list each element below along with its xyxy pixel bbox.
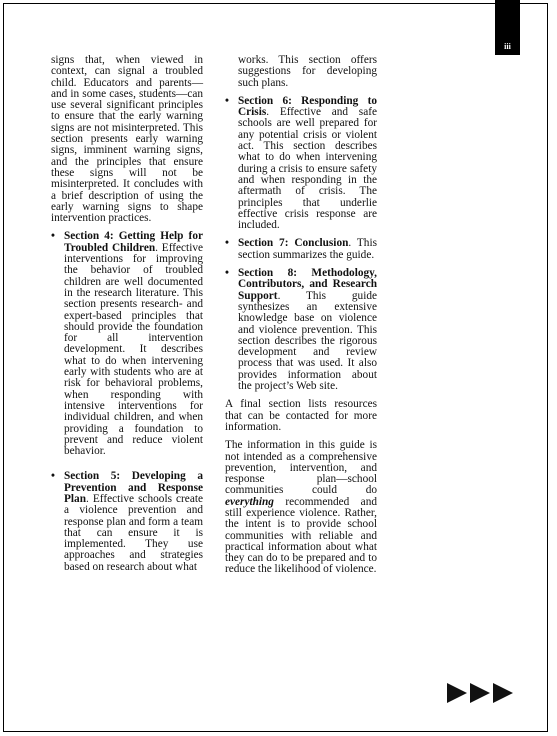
section-8-item: Section 8: Methodology, Contributors, an… <box>225 268 377 392</box>
section-7-item: Section 7: Conclusion. This section summ… <box>225 238 377 261</box>
section-5-continuation: works. This section offers suggestions f… <box>225 55 377 89</box>
disclaimer-paragraph: The information in this guide is not int… <box>225 440 377 576</box>
section-6-item: Section 6: Responding to Crisis. Effecti… <box>225 96 377 232</box>
right-column: works. This section offers suggestions f… <box>225 55 377 583</box>
page-number: iii <box>495 42 520 51</box>
left-column: signs that, when viewed in context, can … <box>51 55 203 580</box>
play-arrow-icon <box>493 683 513 703</box>
final-section-paragraph: A final section lists resources that can… <box>225 399 377 433</box>
disclaimer-part-1: The information in this guide is not int… <box>225 439 377 496</box>
next-page-button[interactable] <box>447 683 513 703</box>
intro-continuation: signs that, when viewed in context, can … <box>51 55 203 224</box>
section-5-body: . Effective schools create a violence pr… <box>64 493 203 573</box>
section-4-body: . Effective interventions for improving … <box>64 242 203 457</box>
section-5-item: Section 5: Developing a Prevention and R… <box>51 471 203 573</box>
section-6-body: . Effective and safe schools are well pr… <box>238 106 377 231</box>
section-7-title: Section 7: Conclusion <box>238 237 348 249</box>
section-4-item: Section 4: Getting Help for Troubled Chi… <box>51 231 203 457</box>
page-number-tab: iii <box>495 0 520 55</box>
play-arrow-icon <box>470 683 490 703</box>
disclaimer-part-2: recommended and still experience violenc… <box>225 496 377 576</box>
emphasis-everything: everything <box>225 496 274 508</box>
section-8-body: . This guide synthesizes an extensive kn… <box>238 290 377 392</box>
play-arrow-icon <box>447 683 467 703</box>
